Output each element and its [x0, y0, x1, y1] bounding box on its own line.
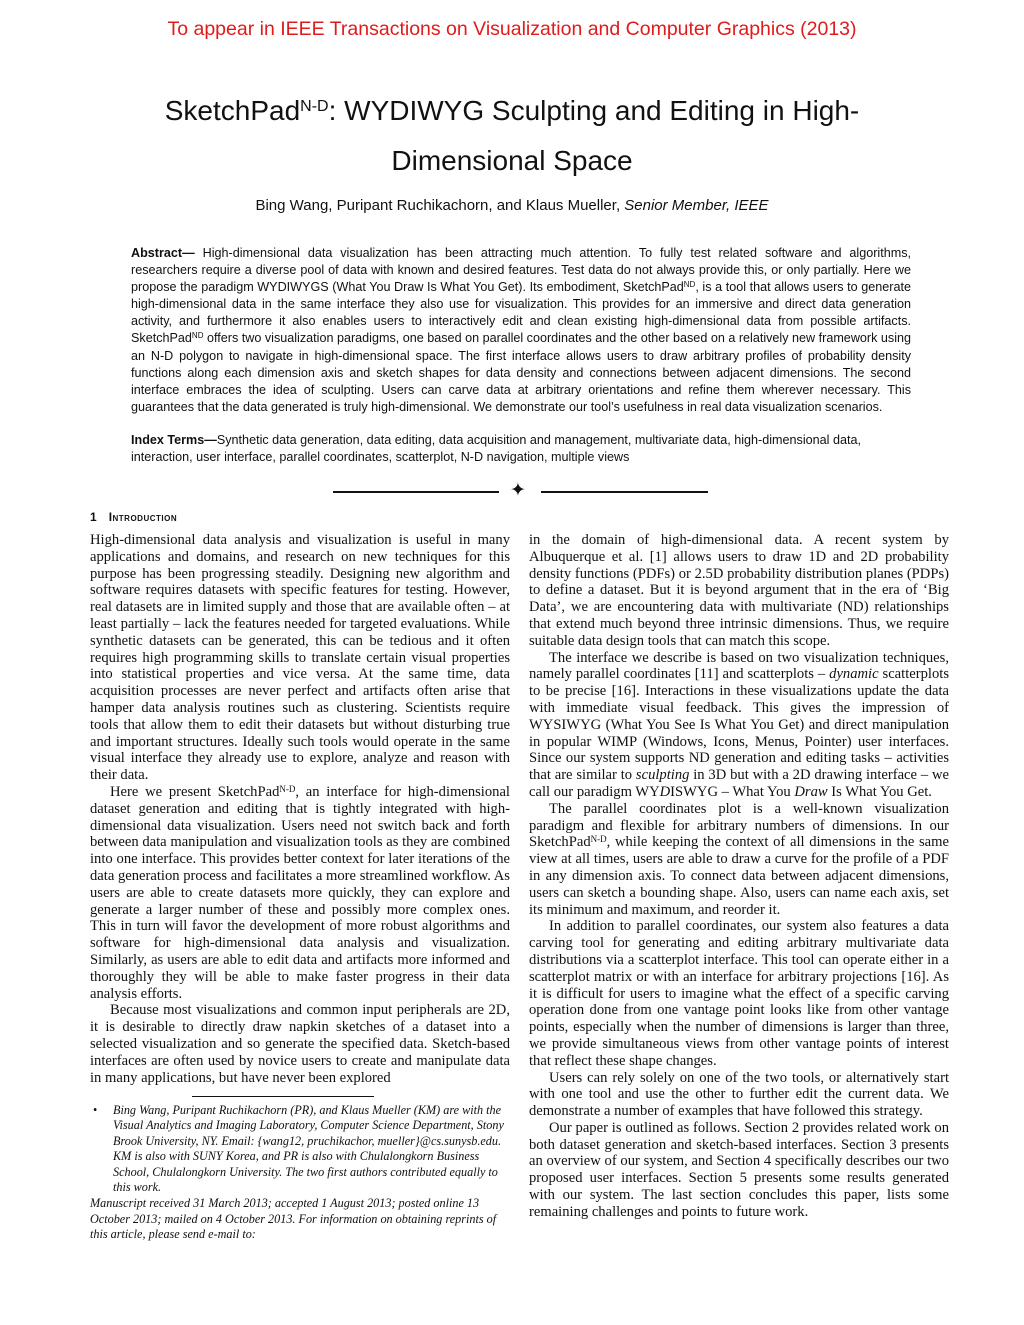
paragraph: High-dimensional data analysis and visua…: [90, 532, 510, 784]
emphasis: D: [660, 784, 671, 800]
divider-line-left: [333, 491, 499, 493]
affiliation-note: •Bing Wang, Puripant Ruchikachorn (PR), …: [90, 1103, 510, 1195]
manuscript-note: Manuscript received 31 March 2013; accep…: [90, 1196, 510, 1242]
text-run: ISWYG – What You: [670, 784, 794, 800]
superscript: N-D: [279, 784, 295, 794]
abstract-text-3: offers two visualization paradigms, one …: [131, 331, 911, 413]
paragraph: Because most visualizations and common i…: [90, 1002, 510, 1086]
title-superscript: N-D: [300, 98, 328, 115]
text-run: , while keeping the context of all dimen…: [529, 834, 949, 917]
section-title: Introduction: [109, 510, 177, 524]
section-divider: ✦: [0, 485, 1024, 499]
text-run: scatterplots to be precise [16]. Interac…: [529, 666, 949, 783]
text-run: , an interface for high-dimensional data…: [90, 784, 510, 1002]
paragraph: in the domain of high-dimensional data. …: [529, 532, 949, 650]
paragraph: Here we present SketchPadN-D, an interfa…: [90, 784, 510, 1002]
paragraph: The parallel coordinates plot is a well-…: [529, 801, 949, 919]
author-names: Bing Wang, Puripant Ruchikachorn, and Kl…: [255, 197, 624, 214]
abstract-superscript-2: ND: [192, 331, 204, 340]
paragraph: The interface we describe is based on tw…: [529, 650, 949, 801]
index-terms: Index Terms—Synthetic data generation, d…: [131, 432, 911, 466]
footnote-rule: [192, 1096, 374, 1097]
author-membership: Senior Member, IEEE: [624, 197, 768, 214]
emphasis: Draw: [794, 784, 827, 800]
affiliation-text: Bing Wang, Puripant Ruchikachorn (PR), a…: [113, 1103, 504, 1194]
section-heading-introduction: 1Introduction: [90, 510, 177, 524]
paragraph: In addition to parallel coordinates, our…: [529, 918, 949, 1069]
left-column: High-dimensional data analysis and visua…: [90, 532, 510, 1086]
section-number: 1: [90, 510, 97, 524]
title-part1: SketchPad: [165, 95, 300, 126]
text-run: Here we present SketchPad: [110, 784, 279, 800]
superscript: N-D: [591, 834, 607, 844]
four-point-star-icon: ✦: [510, 481, 526, 500]
divider-line-right: [541, 491, 708, 493]
emphasis: sculpting: [636, 767, 690, 783]
author-line: Bing Wang, Puripant Ruchikachorn, and Kl…: [0, 197, 1024, 214]
index-terms-text: Synthetic data generation, data editing,…: [131, 433, 861, 464]
right-column: in the domain of high-dimensional data. …: [529, 532, 949, 1221]
publication-banner: To appear in IEEE Transactions on Visual…: [0, 18, 1024, 41]
paragraph: Users can rely solely on one of the two …: [529, 1070, 949, 1120]
footnote: •Bing Wang, Puripant Ruchikachorn (PR), …: [90, 1103, 510, 1243]
abstract-superscript-1: ND: [684, 280, 696, 289]
title-part2: : WYDIWYG Sculpting and Editing in High-…: [329, 95, 860, 176]
abstract: Abstract— High-dimensional data visualiz…: [131, 245, 911, 416]
index-terms-label: Index Terms—: [131, 433, 217, 447]
abstract-label: Abstract—: [131, 246, 195, 260]
text-run: Is What You Get.: [828, 784, 932, 800]
emphasis: dynamic: [829, 666, 878, 682]
paper-title: SketchPadN-D: WYDIWYG Sculpting and Edit…: [112, 86, 912, 186]
paragraph: Our paper is outlined as follows. Sectio…: [529, 1120, 949, 1221]
bullet-icon: •: [93, 1103, 97, 1118]
